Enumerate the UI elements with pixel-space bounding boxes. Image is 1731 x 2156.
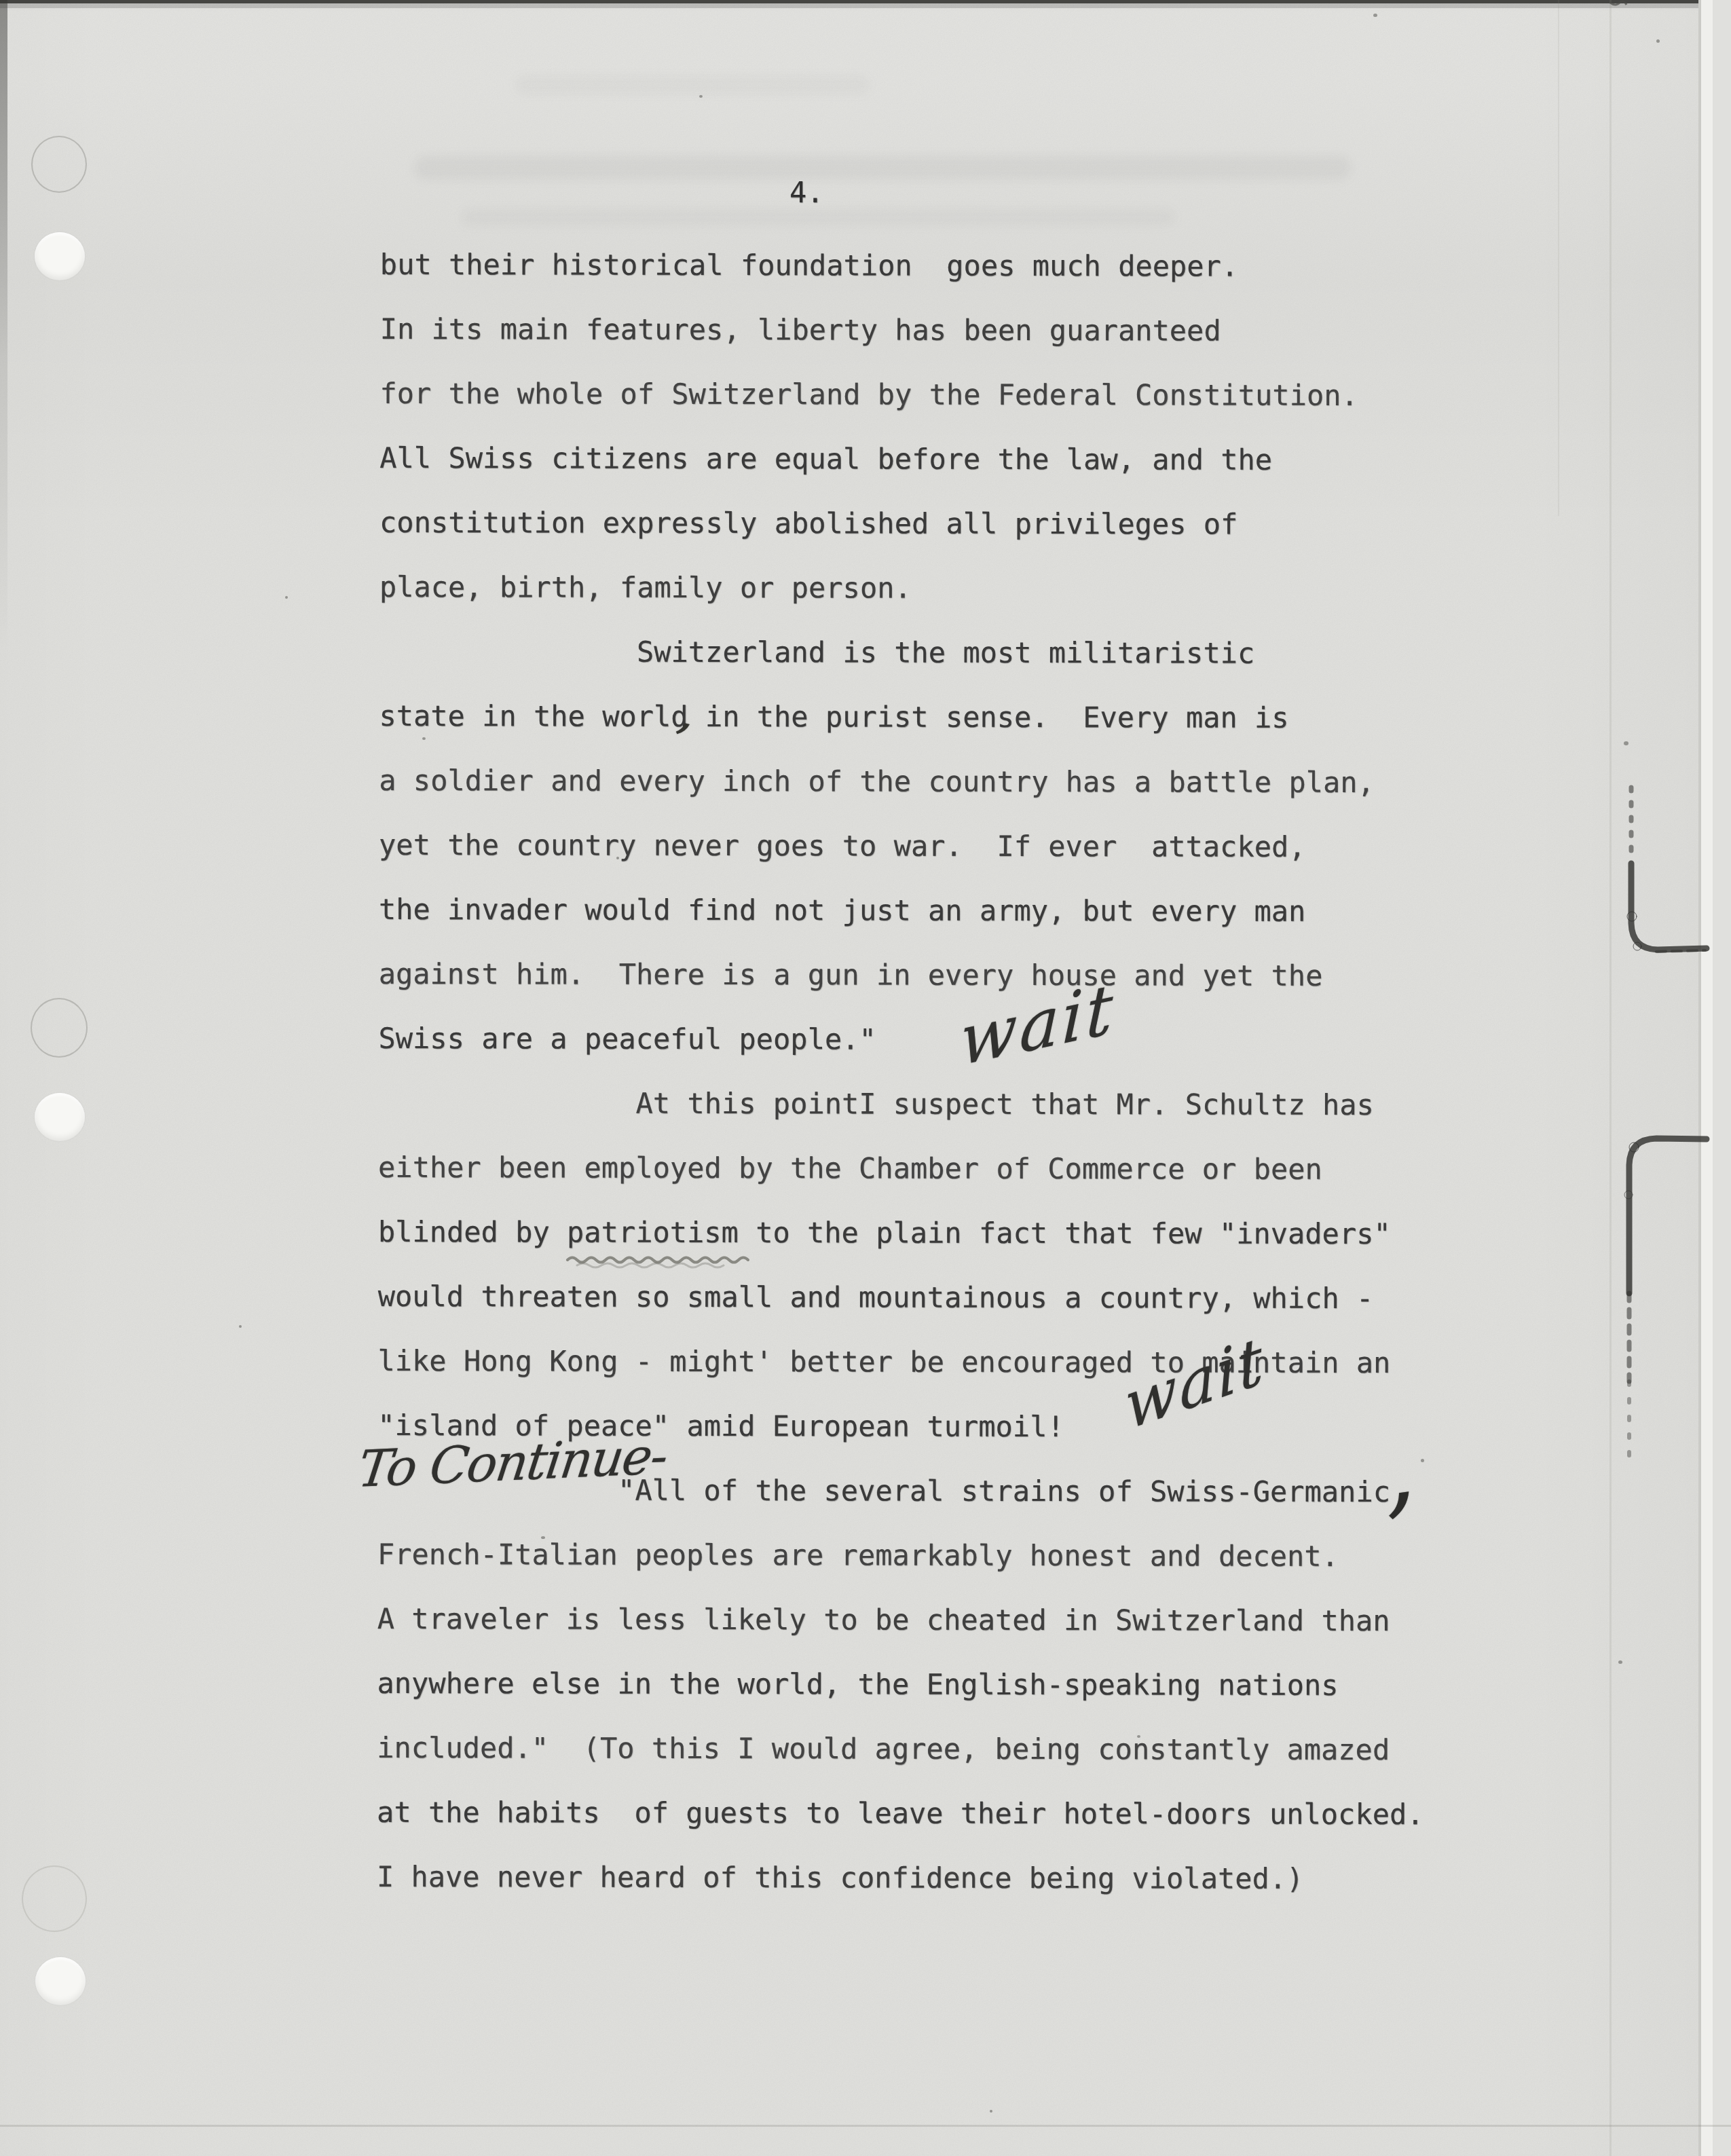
page-right-edge-band xyxy=(1701,0,1713,2156)
page-number: 4. xyxy=(789,160,824,225)
typed-line-14: At this pointI suspect that Mr. Schultz … xyxy=(378,1071,1426,1137)
typed-line-18: like Hong Kong - might' better be encour… xyxy=(377,1328,1425,1395)
hole-punch xyxy=(35,1957,86,2005)
handwritten-to-continue-annotation: To Continue- xyxy=(355,1431,669,1495)
typed-text-block: but their historical foundation goes muc… xyxy=(377,232,1428,1911)
typed-line-4: All Swiss citizens are equal before the … xyxy=(379,426,1427,492)
typed-line-17: would threaten so small and mountainous … xyxy=(378,1264,1426,1331)
vertical-crease xyxy=(1609,0,1612,2156)
ink-speck xyxy=(1618,1660,1622,1664)
typed-line-1: but their historical foundation goes muc… xyxy=(380,232,1428,299)
scan-left-edge-shadow xyxy=(0,0,7,652)
ink-speck xyxy=(1656,39,1660,43)
typed-line-10: yet the country never goes to war. If ev… xyxy=(379,813,1426,879)
typed-line-2: In its main features, liberty has been g… xyxy=(380,297,1428,363)
typed-line-22: A traveler is less likely to be cheated … xyxy=(377,1586,1425,1653)
scan-right-margin xyxy=(1713,0,1731,2156)
hole-punch-ghost-ring xyxy=(31,136,87,193)
bleed-through-corner-mark-lower xyxy=(1624,1138,1707,1470)
typed-line-23: anywhere else in the world, the English-… xyxy=(377,1651,1424,1717)
typed-line-3: for the whole of Switzerland by the Fede… xyxy=(379,361,1427,428)
ink-speck xyxy=(1373,14,1377,17)
hole-punch-ghost-ring xyxy=(31,998,88,1058)
vertical-crease-faint xyxy=(1558,0,1559,516)
typed-line-25: at the habits of guests to leave their h… xyxy=(377,1780,1424,1846)
bleed-through-smudge xyxy=(414,156,1351,179)
typed-line-26: I have never heard of this confidence be… xyxy=(377,1844,1424,1911)
typed-line-16: blinded by patriotism to the plain fact … xyxy=(378,1200,1426,1266)
typed-line-6: place, birth, family or person. xyxy=(379,555,1427,621)
typed-line-9: a soldier and every inch of the country … xyxy=(379,748,1426,815)
hole-punch xyxy=(35,232,85,280)
bleed-through-smudge xyxy=(516,76,869,94)
typed-line-7: Switzerland is the most militaristic xyxy=(379,619,1427,686)
hole-punch xyxy=(35,1093,85,1141)
ink-speck xyxy=(699,95,703,98)
typed-line-8: state in the world in the purist sense. … xyxy=(379,684,1426,750)
typed-line-15: either been employed by the Chamber of C… xyxy=(378,1135,1426,1202)
hole-punch-ghost-ring xyxy=(22,1865,87,1932)
typed-line-21: French-Italian peoples are remarkably ho… xyxy=(377,1522,1425,1588)
ink-speck xyxy=(990,2110,992,2113)
typed-line-24: included." (To this I would agree, being… xyxy=(377,1715,1424,1782)
typed-line-12: against him. There is a gun in every hou… xyxy=(379,942,1426,1008)
ink-speck xyxy=(285,596,288,599)
typed-line-13: Swiss are a peaceful people." xyxy=(378,1006,1426,1073)
bleed-through-corner-mark-upper xyxy=(1627,787,1707,952)
ink-speck xyxy=(1624,741,1628,745)
scan-top-edge-shadow xyxy=(0,3,1731,8)
typed-line-5: constitution expressly abolished all pri… xyxy=(379,490,1427,557)
ink-speck xyxy=(239,1325,242,1328)
page-right-edge-line xyxy=(1698,0,1701,2156)
scanned-document-page: 4. but their historical foundation goes … xyxy=(0,0,1731,2156)
typed-line-11: the invader would find not just an army,… xyxy=(379,877,1426,944)
bottom-crease xyxy=(0,2125,1731,2127)
